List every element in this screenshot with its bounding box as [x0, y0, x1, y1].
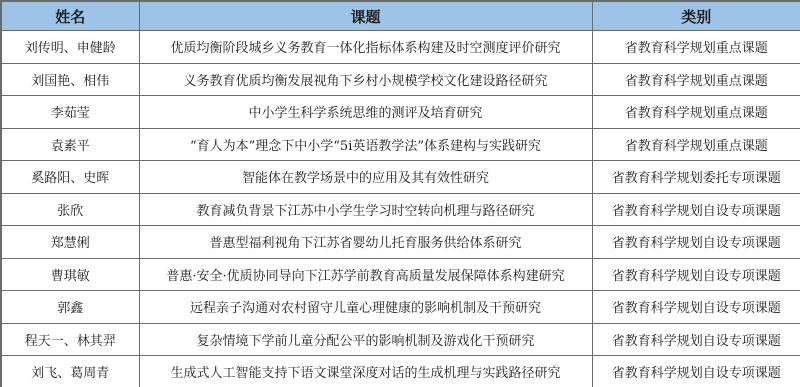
- table-row: 刘飞、葛周青 生成式人工智能支持下语文课堂深度对话的生成机理与实践路径研究 省教…: [1, 356, 800, 387]
- cell-category: 省教育科学规划自设专项课题: [592, 258, 800, 291]
- cell-topic: 义务教育优质均衡发展视角下乡村小规模学校文化建设路径研究: [139, 63, 592, 96]
- cell-category: 省教育科学规划委托专项课题: [592, 161, 800, 194]
- cell-topic: 中小学生科学系统思维的测评及培育研究: [139, 96, 592, 129]
- cell-name: 袁素平: [1, 128, 139, 161]
- cell-topic: 智能体在教学场景中的应用及其有效性研究: [139, 161, 592, 194]
- cell-topic: “育人为本”理念下中小学“5i英语教学法”体系建构与实践研究: [139, 128, 592, 161]
- cell-name: 刘飞、葛周青: [1, 356, 139, 387]
- cell-topic: 远程亲子沟通对农村留守儿童心理健康的影响机制及干预研究: [139, 291, 592, 324]
- cell-name: 李茹莹: [1, 96, 139, 129]
- table-row: 郭鑫 远程亲子沟通对农村留守儿童心理健康的影响机制及干预研究 省教育科学规划自设…: [1, 291, 800, 324]
- cell-name: 曹琪敏: [1, 258, 139, 291]
- table-row: 张欣 教育减负背景下江苏中小学生学习时空转向机理与路径研究 省教育科学规划自设专…: [1, 193, 800, 226]
- cell-name: 张欣: [1, 193, 139, 226]
- cell-name: 刘传明、申健龄: [1, 31, 139, 64]
- cell-category: 省教育科学规划重点课题: [592, 128, 800, 161]
- table-row: 李茹莹 中小学生科学系统思维的测评及培育研究 省教育科学规划重点课题: [1, 96, 800, 129]
- cell-category: 省教育科学规划重点课题: [592, 96, 800, 129]
- cell-topic: 教育减负背景下江苏中小学生学习时空转向机理与路径研究: [139, 193, 592, 226]
- cell-name: 郭鑫: [1, 291, 139, 324]
- cell-category: 省教育科学规划自设专项课题: [592, 291, 800, 324]
- cell-category: 省教育科学规划重点课题: [592, 63, 800, 96]
- table-row: 刘传明、申健龄 优质均衡阶段城乡义务教育一体化指标体系构建及时空测度评价研究 省…: [1, 31, 800, 64]
- table-row: 袁素平 “育人为本”理念下中小学“5i英语教学法”体系建构与实践研究 省教育科学…: [1, 128, 800, 161]
- header-row: 姓名 课题 类别: [1, 1, 800, 31]
- cell-category: 省教育科学规划自设专项课题: [592, 193, 800, 226]
- cell-topic: 普惠·安全·优质协同导向下江苏学前教育高质量发展保障体系构建研究: [139, 258, 592, 291]
- table-row: 曹琪敏 普惠·安全·优质协同导向下江苏学前教育高质量发展保障体系构建研究 省教育…: [1, 258, 800, 291]
- table-row: 奚路阳、史晖 智能体在教学场景中的应用及其有效性研究 省教育科学规划委托专项课题: [1, 161, 800, 194]
- table-row: 刘国艳、相伟 义务教育优质均衡发展视角下乡村小规模学校文化建设路径研究 省教育科…: [1, 63, 800, 96]
- cell-category: 省教育科学规划自设专项课题: [592, 356, 800, 387]
- table-row: 程天一、林其羿 复杂情境下学前儿童分配公平的影响机制及游戏化干预研究 省教育科学…: [1, 323, 800, 356]
- projects-table: 姓名 课题 类别 刘传明、申健龄 优质均衡阶段城乡义务教育一体化指标体系构建及时…: [0, 0, 800, 387]
- cell-category: 省教育科学规划自设专项课题: [592, 323, 800, 356]
- cell-name: 奚路阳、史晖: [1, 161, 139, 194]
- cell-topic: 优质均衡阶段城乡义务教育一体化指标体系构建及时空测度评价研究: [139, 31, 592, 64]
- cell-name: 刘国艳、相伟: [1, 63, 139, 96]
- cell-category: 省教育科学规划自设专项课题: [592, 226, 800, 259]
- column-header-category: 类别: [592, 1, 800, 31]
- cell-category: 省教育科学规划重点课题: [592, 31, 800, 64]
- table-row: 郑慧俐 普惠型福利视角下江苏省婴幼儿托育服务供给体系研究 省教育科学规划自设专项…: [1, 226, 800, 259]
- column-header-topic: 课题: [139, 1, 592, 31]
- cell-topic: 复杂情境下学前儿童分配公平的影响机制及游戏化干预研究: [139, 323, 592, 356]
- cell-name: 郑慧俐: [1, 226, 139, 259]
- cell-topic: 生成式人工智能支持下语文课堂深度对话的生成机理与实践路径研究: [139, 356, 592, 387]
- cell-topic: 普惠型福利视角下江苏省婴幼儿托育服务供给体系研究: [139, 226, 592, 259]
- cell-name: 程天一、林其羿: [1, 323, 139, 356]
- column-header-name: 姓名: [1, 1, 139, 31]
